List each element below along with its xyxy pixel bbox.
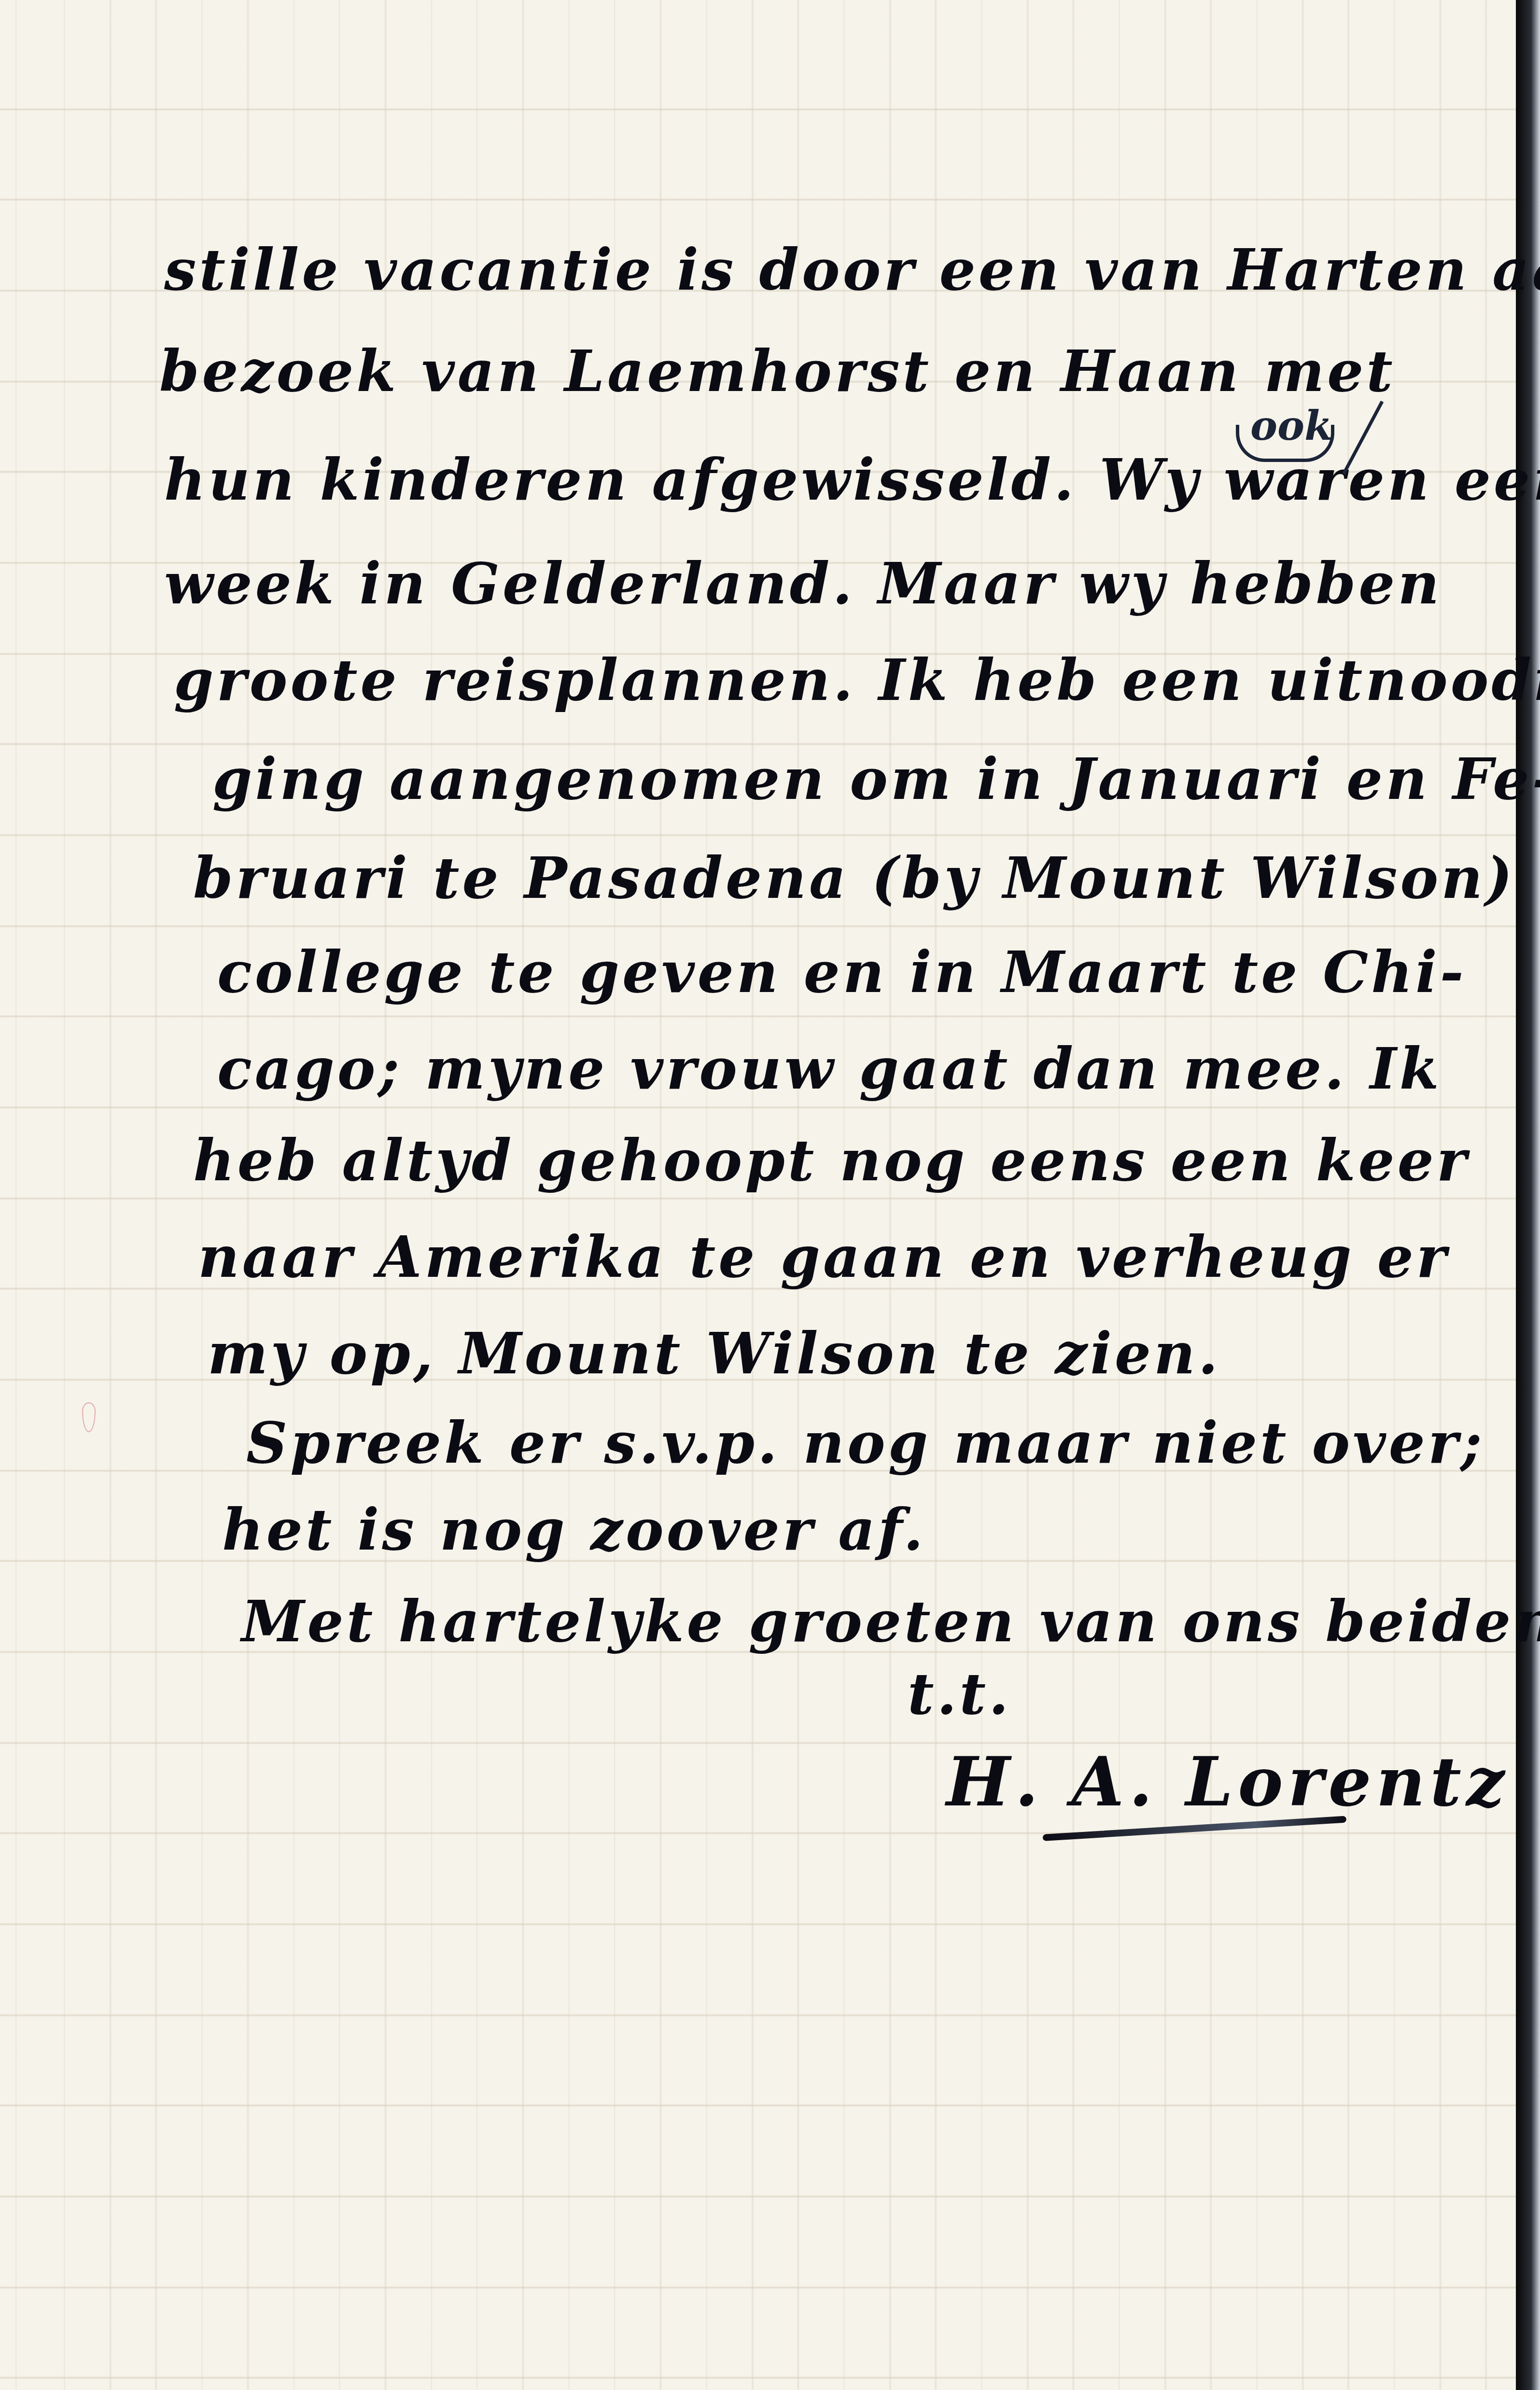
letter-line-9: cago; myne vrouw gaat dan mee. Ik	[217, 1040, 1442, 1097]
letter-line-1: stille vacantie is door een van Harten a…	[164, 241, 1540, 298]
margin-mark	[82, 1402, 96, 1432]
letter-line-7: bruari te Pasadena (by Mount Wilson)	[193, 850, 1515, 907]
handwritten-letter: stille vacantie is door een van Harten a…	[0, 0, 1516, 2390]
letter-line-5: groote reisplannen. Ik heb een uitnoodi-	[174, 652, 1540, 709]
insertion-caret-icon	[1236, 425, 1334, 462]
letter-line-11: naar Amerika te gaan en verheug er	[198, 1229, 1449, 1286]
letter-line-6: ging aangenomen om in Januari en Fe-	[212, 751, 1540, 808]
letter-line-15: Met hartelyke groeten van ons beiden	[241, 1593, 1540, 1650]
letter-line-3: hun kinderen afgewisseld. Wy waren een	[164, 451, 1540, 508]
closing-tt: t.t.	[908, 1665, 1011, 1722]
letter-line-10: heb altyd gehoopt nog eens een keer	[193, 1132, 1470, 1189]
scan-edge	[1518, 0, 1540, 2390]
letter-line-2: bezoek van Laemhorst en Haan met	[159, 343, 1396, 400]
letter-line-14: het is nog zoover af.	[222, 1501, 926, 1558]
letter-line-12: my op, Mount Wilson te zien.	[208, 1325, 1221, 1382]
letter-line-13: Spreek er s.v.p. nog maar niet over;	[246, 1414, 1485, 1471]
letter-line-8: college te geven en in Maart te Chi-	[217, 944, 1467, 1001]
signature: H. A. Lorentz	[946, 1743, 1509, 1822]
letter-line-4: week in Gelderland. Maar wy hebben	[164, 555, 1442, 612]
